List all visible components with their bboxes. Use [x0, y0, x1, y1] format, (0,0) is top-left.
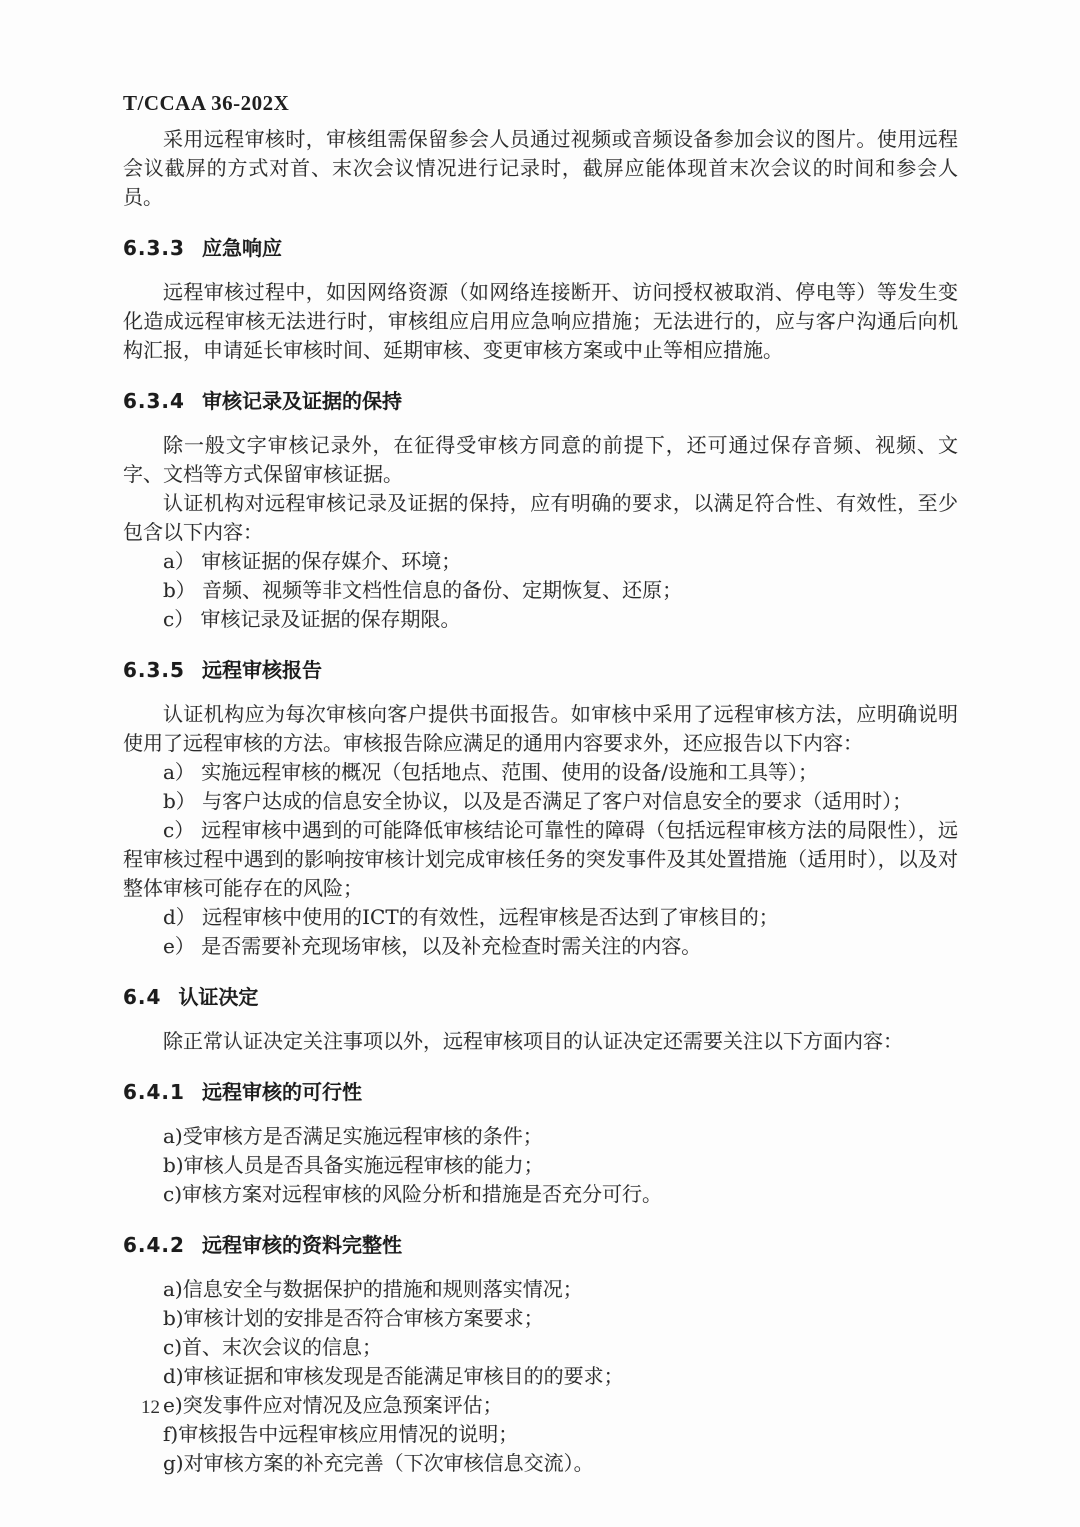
- list-item: a)受审核方是否满足实施远程审核的条件；: [123, 1122, 958, 1151]
- paragraph: 除正常认证决定关注事项以外，远程审核项目的认证决定还需要关注以下方面内容：: [123, 1027, 958, 1056]
- list-item: f)审核报告中远程审核应用情况的说明；: [123, 1420, 958, 1449]
- list-item: c） 审核记录及证据的保存期限。: [123, 605, 958, 634]
- page-number: 12: [141, 1396, 160, 1420]
- section-6-4: 6.4认证决定 除正常认证决定关注事项以外，远程审核项目的认证决定还需要关注以下…: [123, 985, 958, 1056]
- list-item: b)审核人员是否具备实施远程审核的能力；: [123, 1151, 958, 1180]
- item-list: a） 实施远程审核的概况（包括地点、范围、使用的设备/设施和工具等）； b） 与…: [123, 758, 958, 961]
- section-title: 远程审核的可行性: [202, 1080, 362, 1104]
- list-item: a)信息安全与数据保护的措施和规则落实情况；: [123, 1275, 958, 1304]
- section-number: 6.3.3: [123, 236, 185, 260]
- section-number: 6.3.4: [123, 389, 185, 413]
- section-heading: 6.4认证决定: [123, 985, 958, 1009]
- section-heading: 6.3.4审核记录及证据的保持: [123, 389, 958, 413]
- paragraph: 远程审核过程中，如因网络资源（如网络连接断开、访问授权被取消、停电等）等发生变化…: [123, 278, 958, 365]
- list-item: e)突发事件应对情况及应急预案评估；: [123, 1391, 958, 1420]
- section-heading: 6.4.1远程审核的可行性: [123, 1080, 958, 1104]
- section-title: 远程审核的资料完整性: [202, 1233, 402, 1257]
- section-6-4-1: 6.4.1远程审核的可行性 a)受审核方是否满足实施远程审核的条件； b)审核人…: [123, 1080, 958, 1209]
- paragraph: 除一般文字审核记录外，在征得受审核方同意的前提下，还可通过保存音频、视频、文字、…: [123, 431, 958, 489]
- list-item: c)审核方案对远程审核的风险分析和措施是否充分可行。: [123, 1180, 958, 1209]
- section-6-4-2: 6.4.2远程审核的资料完整性 a)信息安全与数据保护的措施和规则落实情况； b…: [123, 1233, 958, 1478]
- list-item: a） 审核证据的保存媒介、环境；: [123, 547, 958, 576]
- section-title: 认证决定: [178, 985, 258, 1009]
- list-item: d)审核证据和审核发现是否能满足审核目的的要求；: [123, 1362, 958, 1391]
- section-number: 6.3.5: [123, 658, 185, 682]
- section-number: 6.4: [123, 985, 161, 1009]
- document-page: T/CCAA 36-202X 采用远程审核时，审核组需保留参会人员通过视频或音频…: [0, 0, 1080, 1527]
- list-item: c） 远程审核中遇到的可能降低审核结论可靠性的障碍（包括远程审核方法的局限性），…: [123, 816, 958, 903]
- list-item: b)审核计划的安排是否符合审核方案要求；: [123, 1304, 958, 1333]
- item-list: a)信息安全与数据保护的措施和规则落实情况； b)审核计划的安排是否符合审核方案…: [123, 1275, 958, 1478]
- section-6-3-5: 6.3.5远程审核报告 认证机构应为每次审核向客户提供书面报告。如审核中采用了远…: [123, 658, 958, 961]
- list-item: c)首、末次会议的信息；: [123, 1333, 958, 1362]
- section-number: 6.4.2: [123, 1233, 185, 1257]
- intro-paragraph: 采用远程审核时，审核组需保留参会人员通过视频或音频设备参加会议的图片。使用远程会…: [123, 125, 958, 212]
- list-item: a） 实施远程审核的概况（包括地点、范围、使用的设备/设施和工具等）；: [123, 758, 958, 787]
- list-item: g)对审核方案的补充完善（下次审核信息交流）。: [123, 1449, 958, 1478]
- list-item: b） 音频、视频等非文档性信息的备份、定期恢复、还原；: [123, 576, 958, 605]
- item-list: a） 审核证据的保存媒介、环境； b） 音频、视频等非文档性信息的备份、定期恢复…: [123, 547, 958, 634]
- document-code: T/CCAA 36-202X: [123, 90, 958, 116]
- section-6-3-3: 6.3.3应急响应 远程审核过程中，如因网络资源（如网络连接断开、访问授权被取消…: [123, 236, 958, 365]
- list-item: e） 是否需要补充现场审核，以及补充检查时需关注的内容。: [123, 932, 958, 961]
- section-heading: 6.3.5远程审核报告: [123, 658, 958, 682]
- list-item: d） 远程审核中使用的ICT的有效性，远程审核是否达到了审核目的；: [123, 903, 958, 932]
- section-title: 审核记录及证据的保持: [202, 389, 402, 413]
- item-list: a)受审核方是否满足实施远程审核的条件； b)审核人员是否具备实施远程审核的能力…: [123, 1122, 958, 1209]
- list-item: b） 与客户达成的信息安全协议，以及是否满足了客户对信息安全的要求（适用时）；: [123, 787, 958, 816]
- section-title: 应急响应: [202, 236, 282, 260]
- section-6-3-4: 6.3.4审核记录及证据的保持 除一般文字审核记录外，在征得受审核方同意的前提下…: [123, 389, 958, 634]
- section-title: 远程审核报告: [202, 658, 322, 682]
- section-heading: 6.3.3应急响应: [123, 236, 958, 260]
- section-heading: 6.4.2远程审核的资料完整性: [123, 1233, 958, 1257]
- paragraph: 认证机构对远程审核记录及证据的保持，应有明确的要求，以满足符合性、有效性，至少包…: [123, 489, 958, 547]
- section-number: 6.4.1: [123, 1080, 185, 1104]
- paragraph: 认证机构应为每次审核向客户提供书面报告。如审核中采用了远程审核方法，应明确说明使…: [123, 700, 958, 758]
